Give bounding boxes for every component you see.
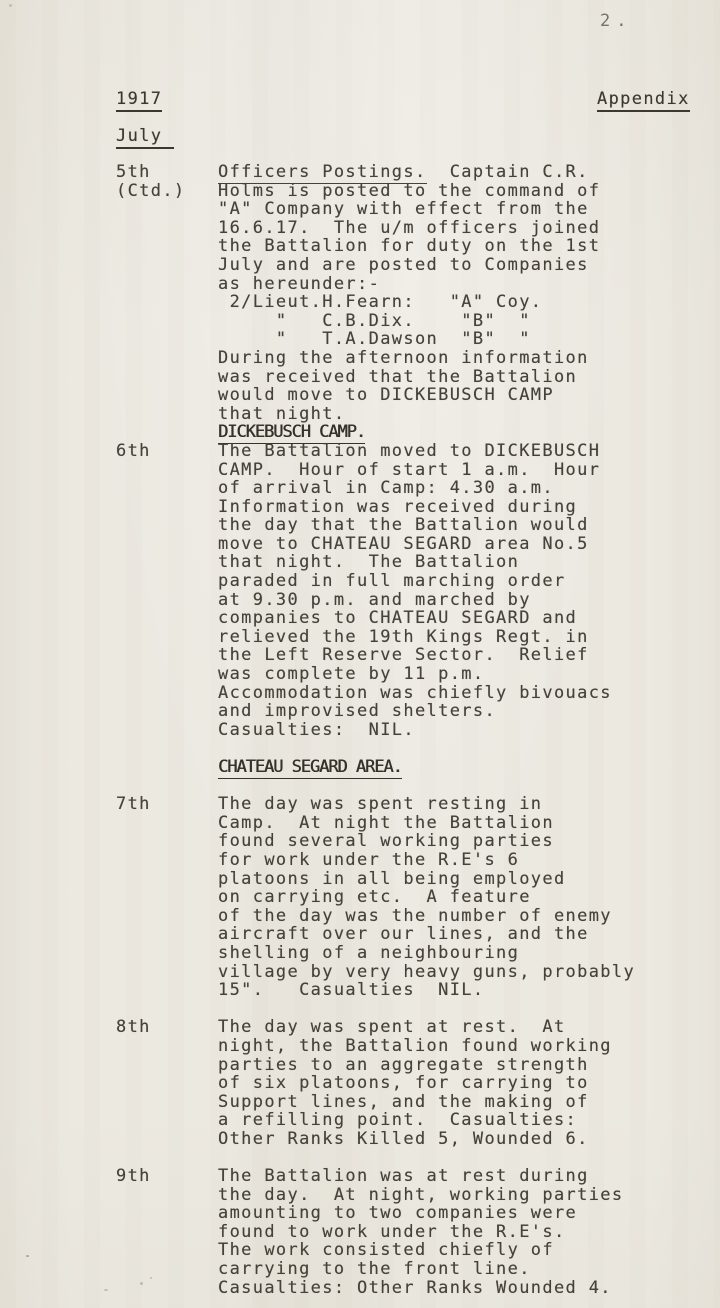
- diary-line: of six platoons, for carrying to: [218, 1074, 682, 1093]
- entry-text: The day was spent resting inCamp. At nig…: [218, 795, 682, 1000]
- diary-line: " T.A.Dawson "B" ": [218, 330, 682, 349]
- diary-line: The day was spent at rest. At: [218, 1018, 682, 1037]
- diary-line: Officers Postings. Captain C.R.: [218, 163, 682, 182]
- diary-line: Information was received during: [218, 498, 682, 517]
- paper-speck: [26, 1255, 29, 1257]
- diary-line: the Left Reserve Sector. Relief: [218, 646, 682, 665]
- diary-line: the day. At night, working parties: [218, 1186, 682, 1205]
- diary-line: The work consisted chiefly of: [218, 1241, 682, 1260]
- appendix-heading: Appendix: [597, 90, 690, 112]
- paper-speck: [150, 1277, 152, 1279]
- month-heading: July: [116, 127, 174, 149]
- diary-line: for work under the R.E's 6: [218, 851, 682, 870]
- diary-line: Other Ranks Killed 5, Wounded 6.: [218, 1130, 682, 1149]
- diary-line: aircraft over our lines, and the: [218, 925, 682, 944]
- diary-line: Casualties: Other Ranks Wounded 4.: [218, 1279, 682, 1298]
- diary-line: relieved the 19th Kings Regt. in: [218, 628, 682, 647]
- diary-line: move to CHATEAU SEGARD area No.5: [218, 535, 682, 554]
- diary-line: During the afternoon information: [218, 349, 682, 368]
- diary-line: was complete by 11 p.m.: [218, 665, 682, 684]
- diary-line: amounting to two companies were: [218, 1204, 682, 1223]
- section-heading: CHATEAU SEGARD AREA.: [218, 758, 682, 777]
- diary-line: that night. The Battalion: [218, 553, 682, 572]
- diary-line: and improvised shelters.: [218, 702, 682, 721]
- entry-text: The Battalion was at rest duringthe day.…: [218, 1167, 682, 1297]
- diary-line: as hereunder:-: [218, 275, 682, 294]
- diary-line: found several working parties: [218, 832, 682, 851]
- diary-entry: 8thThe day was spent at rest. Atnight, t…: [116, 1018, 682, 1148]
- diary-line: of the day was the number of enemy: [218, 907, 682, 926]
- entry-date-continued-label: (Ctd.): [116, 182, 218, 201]
- diary-line: found to work under the R.E's.: [218, 1223, 682, 1242]
- diary-line: The day was spent resting in: [218, 795, 682, 814]
- diary-line: the Battalion for duty on the 1st: [218, 237, 682, 256]
- diary-line: Camp. At night the Battalion: [218, 814, 682, 833]
- entry-date: 7th: [116, 795, 218, 814]
- diary-line: Support lines, and the making of: [218, 1093, 682, 1112]
- diary-line: July and are posted to Companies: [218, 256, 682, 275]
- diary-line: of arrival in Camp: 4.30 a.m.: [218, 479, 682, 498]
- entry-date-label: 7th: [116, 795, 218, 814]
- paper-speck: [104, 1289, 108, 1291]
- section-heading-text: CHATEAU SEGARD AREA.: [218, 757, 402, 779]
- entry-text: Officers Postings. Captain C.R.Holms is …: [218, 163, 682, 442]
- entry-date-label: 6th: [116, 442, 218, 461]
- diary-line: village by very heavy guns, probably: [218, 963, 682, 982]
- paper-speck: [140, 1282, 143, 1285]
- diary-line: parties to an aggregate strength: [218, 1056, 682, 1075]
- entry-date-label: 8th: [116, 1018, 218, 1037]
- diary-line: the day that the Battalion would: [218, 516, 682, 535]
- entry-text: The day was spent at rest. Atnight, the …: [218, 1018, 682, 1148]
- diary-entries: 5th(Ctd.)Officers Postings. Captain C.R.…: [116, 163, 682, 1297]
- year-heading: 1917: [116, 90, 162, 112]
- diary-line: was received that the Battalion: [218, 368, 682, 387]
- diary-entry: 5th(Ctd.)Officers Postings. Captain C.R.…: [116, 163, 682, 442]
- diary-line: would move to DICKEBUSCH CAMP: [218, 386, 682, 405]
- entry-date-label: 5th: [116, 163, 218, 182]
- diary-line: carrying to the front line.: [218, 1260, 682, 1279]
- diary-line: shelling of a neighbouring: [218, 944, 682, 963]
- diary-line: companies to CHATEAU SEGARD and: [218, 609, 682, 628]
- diary-entry: 6thThe Battalion moved to DICKEBUSCHCAMP…: [116, 442, 682, 740]
- entry-text: The Battalion moved to DICKEBUSCHCAMP. H…: [218, 442, 682, 740]
- diary-line: The Battalion moved to DICKEBUSCH: [218, 442, 682, 461]
- diary-line: CAMP. Hour of start 1 a.m. Hour: [218, 461, 682, 480]
- diary-line: DICKEBUSCH CAMP.: [218, 423, 682, 442]
- diary-entry: 7thThe day was spent resting inCamp. At …: [116, 795, 682, 1000]
- entry-date: 9th: [116, 1167, 218, 1186]
- diary-line: "A" Company with effect from the: [218, 200, 682, 219]
- diary-line: Accommodation was chiefly bivouacs: [218, 684, 682, 703]
- diary-line: 16.6.17. The u/m officers joined: [218, 219, 682, 238]
- diary-line: " C.B.Dix. "B" ": [218, 312, 682, 331]
- entry-date: 5th(Ctd.): [116, 163, 218, 200]
- diary-entry: 9thThe Battalion was at rest duringthe d…: [116, 1167, 682, 1297]
- diary-line: platoons in all being employed: [218, 870, 682, 889]
- entry-date-label: 9th: [116, 1167, 218, 1186]
- diary-line: Casualties: NIL.: [218, 721, 682, 740]
- diary-line: on carrying etc. A feature: [218, 888, 682, 907]
- diary-line: that night.: [218, 405, 682, 424]
- diary-text: Captain C.R.: [427, 162, 589, 182]
- entry-date: 6th: [116, 442, 218, 461]
- diary-line: Holms is posted to the command of: [218, 182, 682, 201]
- diary-line: paraded in full marching order: [218, 572, 682, 591]
- document-page: 2. 1917 Appendix July 5th(Ctd.)Officers …: [0, 0, 720, 1308]
- diary-line: 15". Casualties NIL.: [218, 981, 682, 1000]
- diary-line: 2/Lieut.H.Fearn: "A" Coy.: [218, 293, 682, 312]
- diary-line: a refilling point. Casualties:: [218, 1111, 682, 1130]
- page-number: 2.: [600, 12, 632, 31]
- paper-speck: [9, 4, 12, 7]
- diary-line: at 9.30 p.m. and marched by: [218, 591, 682, 610]
- diary-line: The Battalion was at rest during: [218, 1167, 682, 1186]
- diary-line: night, the Battalion found working: [218, 1037, 682, 1056]
- entry-date: 8th: [116, 1018, 218, 1037]
